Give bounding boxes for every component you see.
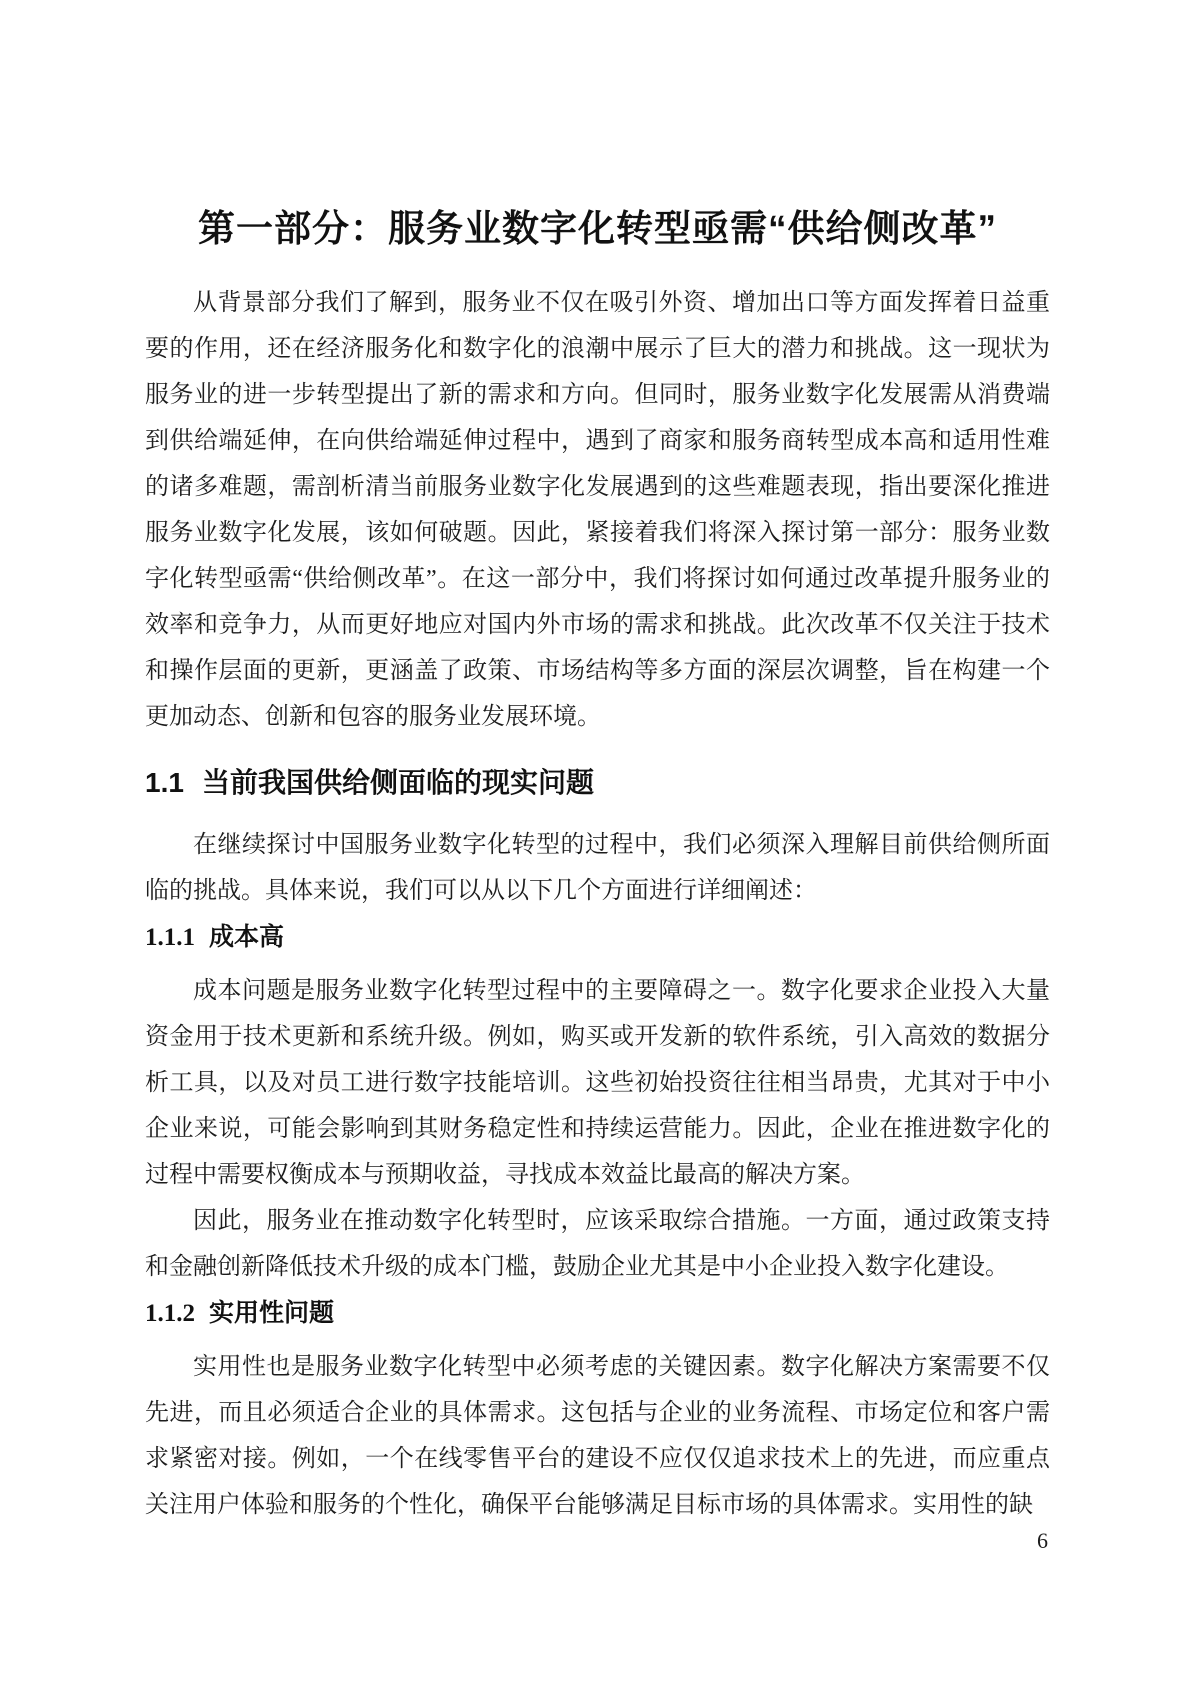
subsection-1-1-1-paragraph-1: 成本问题是服务业数字化转型过程中的主要障碍之一。数字化要求企业投入大量资金用于技… bbox=[145, 968, 1050, 1198]
subsection-heading-1-1-1: 1.1.1成本高 bbox=[145, 921, 1050, 954]
subsection-heading-text: 实用性问题 bbox=[209, 1299, 334, 1327]
page-title: 第一部分：服务业数字化转型亟需“供给侧改革” bbox=[145, 203, 1050, 255]
page-number: 6 bbox=[1037, 1526, 1048, 1556]
subsection-1-1-2-paragraph-1: 实用性也是服务业数字化转型中必须考虑的关键因素。数字化解决方案需要不仅先进，而且… bbox=[145, 1344, 1050, 1528]
section-number: 1.1 bbox=[145, 767, 184, 798]
intro-paragraph: 从背景部分我们了解到，服务业不仅在吸引外资、增加出口等方面发挥着日益重要的作用，… bbox=[145, 280, 1050, 740]
subsection-heading-1-1-2: 1.1.2实用性问题 bbox=[145, 1297, 1050, 1330]
section-heading-1-1: 1.1当前我国供给侧面临的现实问题 bbox=[145, 764, 1050, 802]
subsection-heading-text: 成本高 bbox=[209, 923, 284, 951]
subsection-number: 1.1.2 bbox=[145, 1300, 195, 1327]
document-page: 第一部分：服务业数字化转型亟需“供给侧改革” 从背景部分我们了解到，服务业不仅在… bbox=[0, 0, 1200, 1698]
section-1-1-intro-paragraph: 在继续探讨中国服务业数字化转型的过程中，我们必须深入理解目前供给侧所面临的挑战。… bbox=[145, 822, 1050, 914]
subsection-number: 1.1.1 bbox=[145, 924, 195, 951]
section-heading-text: 当前我国供给侧面临的现实问题 bbox=[202, 767, 594, 798]
subsection-1-1-1-paragraph-2: 因此，服务业在推动数字化转型时，应该采取综合措施。一方面，通过政策支持和金融创新… bbox=[145, 1198, 1050, 1290]
